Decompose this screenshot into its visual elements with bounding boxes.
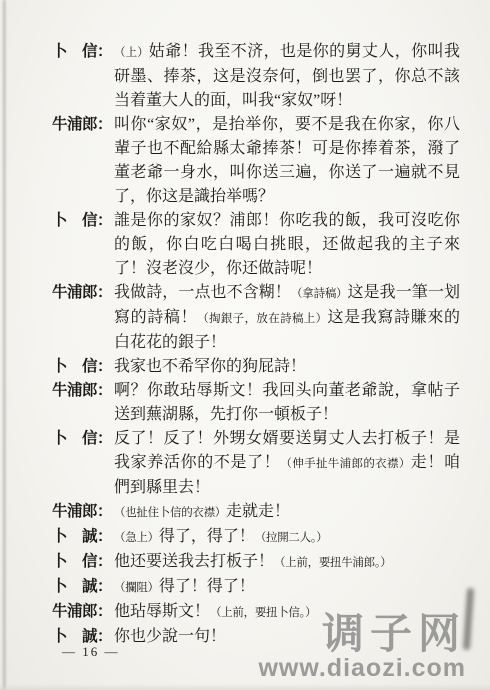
dialogue-text: （攔阻）得了！得了！ [114, 575, 460, 600]
dialogue-line: 卜 誠：（急上）得了，得了！（拉開二人。） [52, 525, 460, 550]
dialogue-line: 牛浦郎：他玷辱斯文！（上前，要扭卜信。） [52, 600, 460, 625]
watermark-site-url: www.diaozi.com [258, 655, 466, 683]
dialogue-text: 反了！反了！外甥女婿要送舅丈人去打板子！是我家养活你的不是了！（伸手扯牛浦郎的衣… [114, 427, 460, 500]
dialogue-text: 叫你“家奴”，是抬举你，要不是我在你家，你八輩子也不配給縣太爺捧茶！可是你捧着茶… [114, 113, 460, 209]
dialogue-text: （也扯住卜信的衣襟）走就走！ [114, 500, 460, 525]
dialogue-line: 牛浦郎：我做詩，一点也不含糊！（拿詩稿）这是我一筆一划寫的詩稿！（掏銀子，放在詩… [52, 281, 460, 355]
dialogue-text: （急上）得了，得了！（拉開二人。） [114, 525, 460, 550]
dialogue-text: （上）姑爺！我至不济，也是你的舅丈人，你叫我研墨、捧茶，这是沒奈何，倒也罢了，你… [114, 40, 460, 113]
dialogue-line: 卜 誠：（攔阻）得了！得了！ [52, 575, 460, 600]
speaker-name: 卜 信： [52, 427, 114, 500]
stage-direction: （拉開二人。） [255, 532, 328, 544]
speaker-name: 卜 誠： [52, 575, 114, 600]
speaker-name: 牛浦郎： [52, 600, 114, 625]
dialogue-text: 啊？你敢玷辱斯文！我回头向董老爺說，拿帖子送到蕪湖縣，先打你一頓板子！ [114, 379, 460, 427]
stage-direction: （上前，要扭牛浦郎。） [274, 557, 391, 569]
dialogue-text: 我家也不希罕你的狗屁詩！ [114, 355, 460, 379]
dialogue-line: 卜 信：他还要送我去打板子！（上前，要扭牛浦郎。） [52, 550, 460, 575]
dialogue-text: 我做詩，一点也不含糊！（拿詩稿）这是我一筆一划寫的詩稿！（掏銀子，放在詩稿上）这… [114, 281, 460, 355]
stage-direction: （上） [114, 47, 149, 59]
speaker-name: 卜 信： [52, 40, 114, 113]
dialogue-block: 卜 信：（上）姑爺！我至不济，也是你的舅丈人，你叫我研墨、捧茶，这是沒奈何，倒也… [52, 40, 460, 649]
dialogue-line: 牛浦郎：叫你“家奴”，是抬举你，要不是我在你家，你八輩子也不配給縣太爺捧茶！可是… [52, 113, 460, 209]
dialogue-line: 卜 信：我家也不希罕你的狗屁詩！ [52, 355, 460, 379]
scanned-script-page: 卜 信：（上）姑爺！我至不济，也是你的舅丈人，你叫我研墨、捧茶，这是沒奈何，倒也… [0, 0, 490, 690]
stage-direction: （急上） [114, 532, 159, 544]
dialogue-line: 牛浦郎：（也扯住卜信的衣襟）走就走！ [52, 500, 460, 525]
dialogue-text: 他玷辱斯文！（上前，要扭卜信。） [114, 600, 460, 625]
speaker-name: 牛浦郎： [52, 113, 114, 209]
dialogue-line: 卜 信：反了！反了！外甥女婿要送舅丈人去打板子！是我家养活你的不是了！（伸手扯牛… [52, 427, 460, 500]
stage-direction: （也扯住卜信的衣襟） [114, 507, 226, 519]
scan-right-smudge [463, 588, 474, 650]
dialogue-line: 牛浦郎：啊？你敢玷辱斯文！我回头向董老爺說，拿帖子送到蕪湖縣，先打你一頓板子！ [52, 379, 460, 427]
speaker-name: 牛浦郎： [52, 379, 114, 427]
stage-direction: （伸手扯牛浦郎的衣襟） [280, 458, 410, 470]
dialogue-text: 誰是你的家奴？浦郎！你吃我的飯，我可沒吃你的飯，你白吃白喝白挑眼，还做起我的主子… [114, 209, 460, 281]
scan-edge-left-line [3, 0, 6, 690]
dialogue-line: 卜 信：（上）姑爺！我至不济，也是你的舅丈人，你叫我研墨、捧茶，这是沒奈何，倒也… [52, 40, 460, 113]
stage-direction: （拿詩稿） [291, 288, 347, 300]
speaker-name: 卜 信： [52, 209, 114, 281]
stage-direction: （攔阻） [114, 582, 159, 594]
stage-direction: （上前，要扭卜信。） [210, 607, 316, 619]
dialogue-text: 他还要送我去打板子！（上前，要扭牛浦郎。） [114, 550, 460, 575]
dialogue-line: 卜 信：誰是你的家奴？浦郎！你吃我的飯，我可沒吃你的飯，你白吃白喝白挑眼，还做起… [52, 209, 460, 281]
stage-direction: （掏銀子，放在詩稿上） [197, 313, 327, 325]
speaker-name: 卜 誠： [52, 525, 114, 550]
dialogue-text: 你也少說一句！ [114, 625, 460, 649]
speaker-name: 卜 信： [52, 550, 114, 575]
scan-bottom-shadow [0, 684, 490, 690]
speaker-name: 卜 信： [52, 355, 114, 379]
speaker-name: 牛浦郎： [52, 281, 114, 355]
page-number: — 16 — [62, 644, 120, 660]
speaker-name: 牛浦郎： [52, 500, 114, 525]
